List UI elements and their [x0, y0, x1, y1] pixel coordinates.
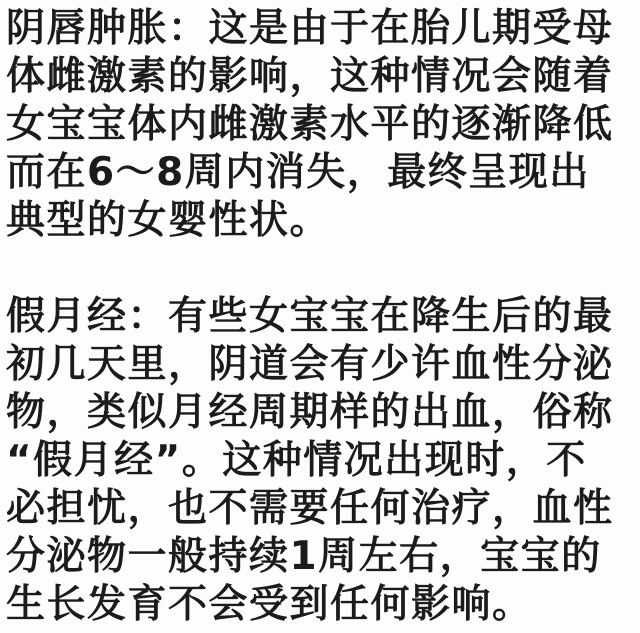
article-text: 阴唇肿胀：这是由于在胎儿期受母 体雌激素的影响，这种情况会随着 女宝宝体内雌激素…	[6, 5, 636, 629]
text-line: 阴唇肿胀：这是由于在胎儿期受母	[6, 5, 636, 53]
text-line: 生长发育不会受到任何影响。	[6, 581, 636, 629]
text-line: 必担忧，也不需要任何治疗，血性	[6, 485, 636, 533]
text-line: “假月经”。这种情况出现时，不	[6, 437, 636, 485]
text-line: 物，类似月经周期样的出血，俗称	[6, 389, 636, 437]
text-line: 而在6〜8周内消失，最终呈现出	[6, 149, 636, 197]
text-line: 典型的女婴性状。	[6, 197, 636, 245]
text-line: 体雌激素的影响，这种情况会随着	[6, 53, 636, 101]
text-line: 分泌物一般持续1周左右，宝宝的	[6, 533, 636, 581]
text-line: 初几天里，阴道会有少许血性分泌	[6, 341, 636, 389]
text-line: 女宝宝体内雌激素水平的逐渐降低	[6, 101, 636, 149]
paragraph-false-menstruation: 假月经：有些女宝宝在降生后的最 初几天里，阴道会有少许血性分泌 物，类似月经周期…	[6, 293, 636, 629]
paragraph-labia-swelling: 阴唇肿胀：这是由于在胎儿期受母 体雌激素的影响，这种情况会随着 女宝宝体内雌激素…	[6, 5, 636, 245]
text-line: 假月经：有些女宝宝在降生后的最	[6, 293, 636, 341]
article-page: 阴唇肿胀：这是由于在胎儿期受母 体雌激素的影响，这种情况会随着 女宝宝体内雌激素…	[0, 0, 640, 633]
